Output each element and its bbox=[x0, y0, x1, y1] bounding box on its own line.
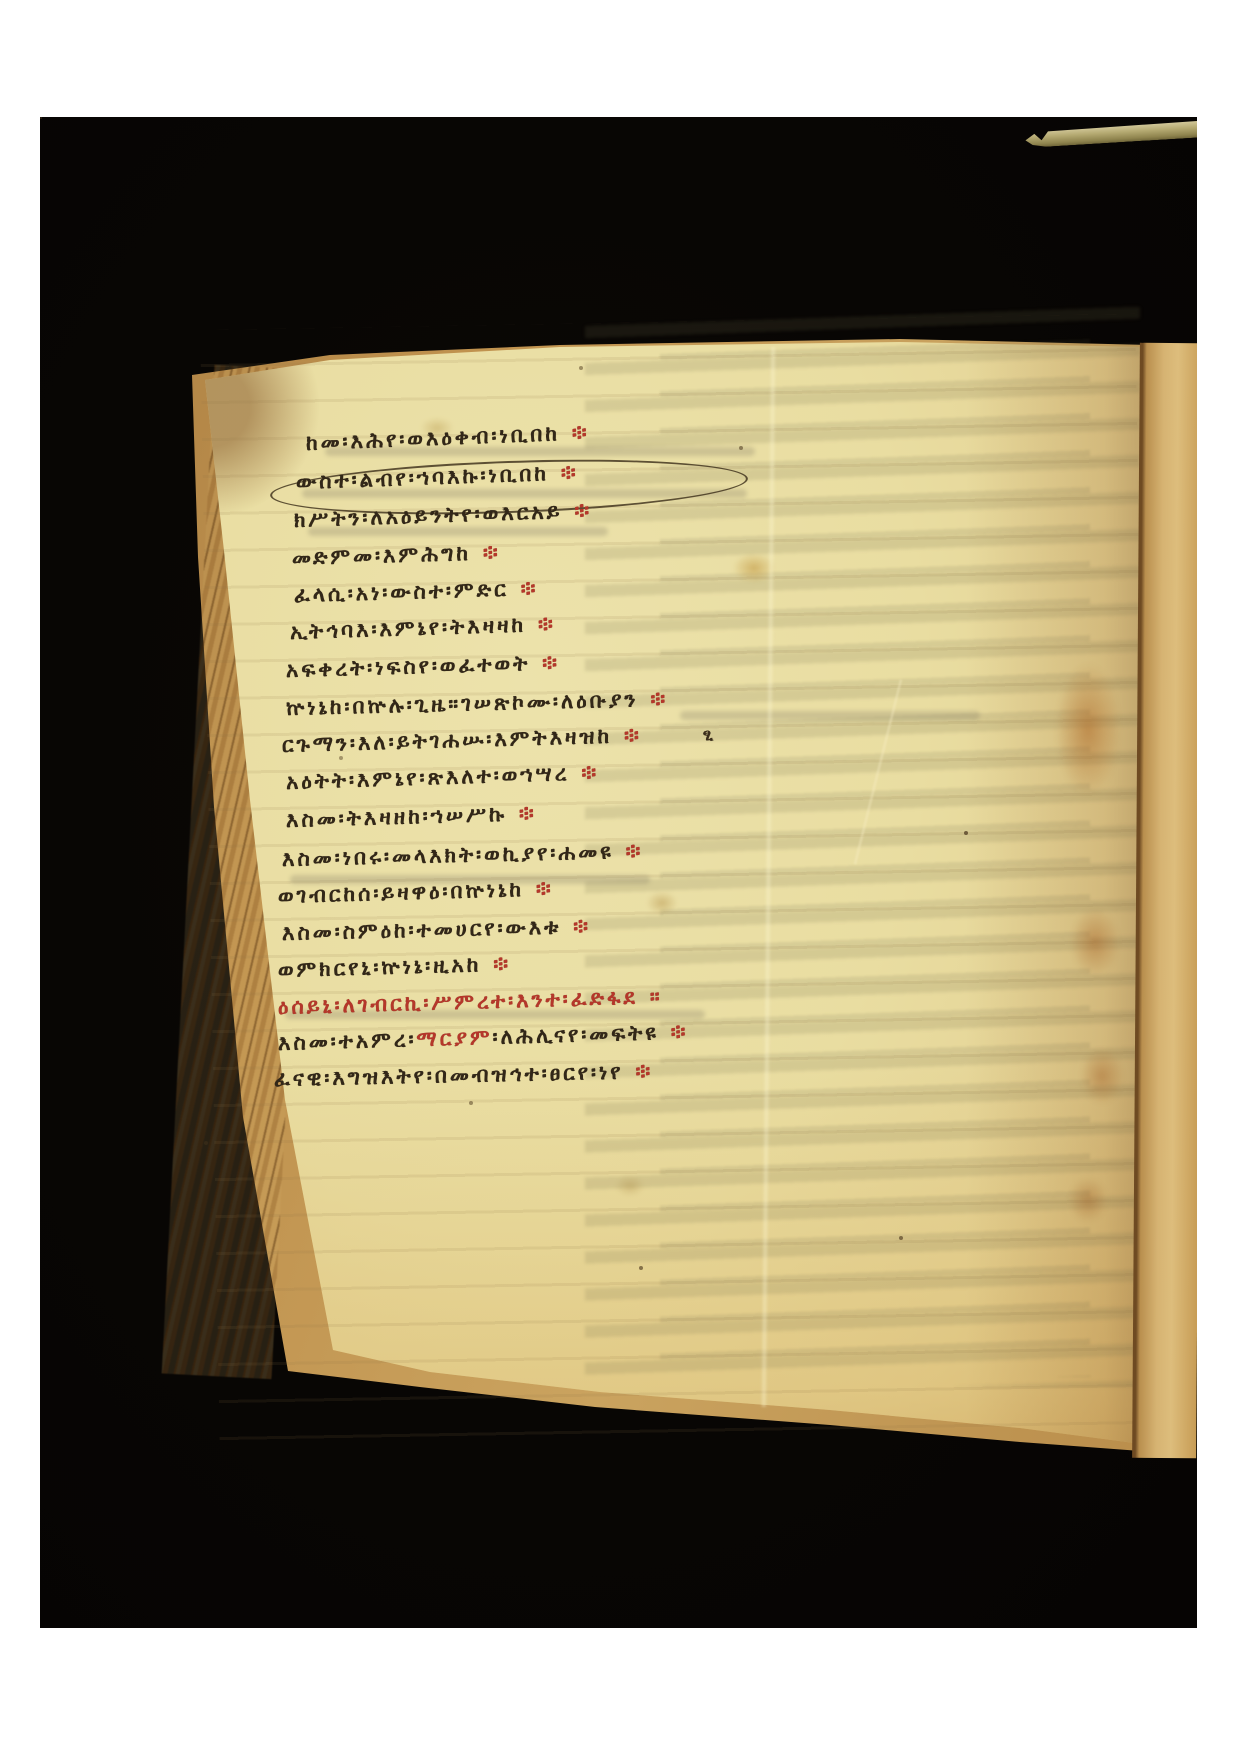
verse-separator-mark: ፨ bbox=[574, 498, 590, 522]
verse-separator-mark: ፨ bbox=[625, 839, 640, 863]
geez-text: እስመ፡ትእዛዘከ፡ኀሠሥኩ bbox=[286, 802, 508, 832]
photo-black-backdrop: ከመ፡እሕየ፡ወእዕቀብ፡ነቢበከ፨ ውስተ፡ልብየ፡ኀባእኩ፡ነቢበከ፨ ክሥ… bbox=[40, 117, 1197, 1628]
page-stain bbox=[615, 1175, 645, 1197]
geez-text: መድምመ፡እምሕግከ bbox=[292, 541, 472, 570]
smudge-streak bbox=[680, 711, 980, 720]
geez-text: እስመ፡ስምዕከ፡ተመሀርየ፡ውእቱ bbox=[282, 915, 562, 945]
marginal-mark: ፂ bbox=[703, 725, 717, 745]
verse-separator-mark: ፨ bbox=[635, 1059, 650, 1083]
verse-separator-mark: ፨ bbox=[624, 723, 639, 747]
verse-separator-mark: ፨ bbox=[520, 576, 535, 600]
verse-separator-mark: ፨ bbox=[536, 876, 551, 900]
gutter-stain bbox=[1070, 907, 1120, 977]
verse-separator-mark: ፨ bbox=[483, 540, 498, 564]
verse-separator-mark: ፨ bbox=[670, 1020, 685, 1044]
geez-text: ፡ለሕሊናየ፡መፍትዩ bbox=[492, 1020, 659, 1049]
verse-separator-mark: ። bbox=[649, 984, 659, 1008]
verse-separator-mark: ፨ bbox=[542, 650, 557, 674]
geez-text-rubric: ማርያም bbox=[416, 1025, 493, 1051]
verse-separator-mark: ፨ bbox=[571, 420, 587, 445]
pointer-stick bbox=[1025, 117, 1197, 148]
scan-page: { "colors": { "ink": "#322718", "rubric_… bbox=[0, 0, 1238, 1753]
ink-specks bbox=[40, 117, 42, 119]
verse-separator-mark: ፨ bbox=[581, 760, 596, 784]
gutter-stain bbox=[1080, 1047, 1124, 1105]
geez-text: ወምክርየኒ፡ኵነኔ፡ዚአከ bbox=[278, 952, 482, 982]
geez-text: እስመ፡ተአምረ፡ bbox=[278, 1027, 417, 1055]
gutter-stain bbox=[1068, 1177, 1108, 1223]
verse-separator-mark: ፨ bbox=[650, 687, 665, 711]
verse-separator-mark: ፨ bbox=[493, 952, 508, 976]
page-stain bbox=[646, 891, 678, 915]
verse-separator-mark: ፨ bbox=[519, 801, 534, 825]
verse-separator-mark: ፨ bbox=[573, 914, 588, 938]
verse-separator-mark: ፨ bbox=[538, 612, 553, 636]
gutter-and-next-page-edge bbox=[1132, 343, 1197, 1458]
verse-separator-mark: ፨ bbox=[560, 460, 576, 485]
geez-text: ፈላሲ፡አነ፡ውስተ፡ምድር bbox=[294, 577, 509, 607]
gutter-stain bbox=[1055, 662, 1121, 797]
